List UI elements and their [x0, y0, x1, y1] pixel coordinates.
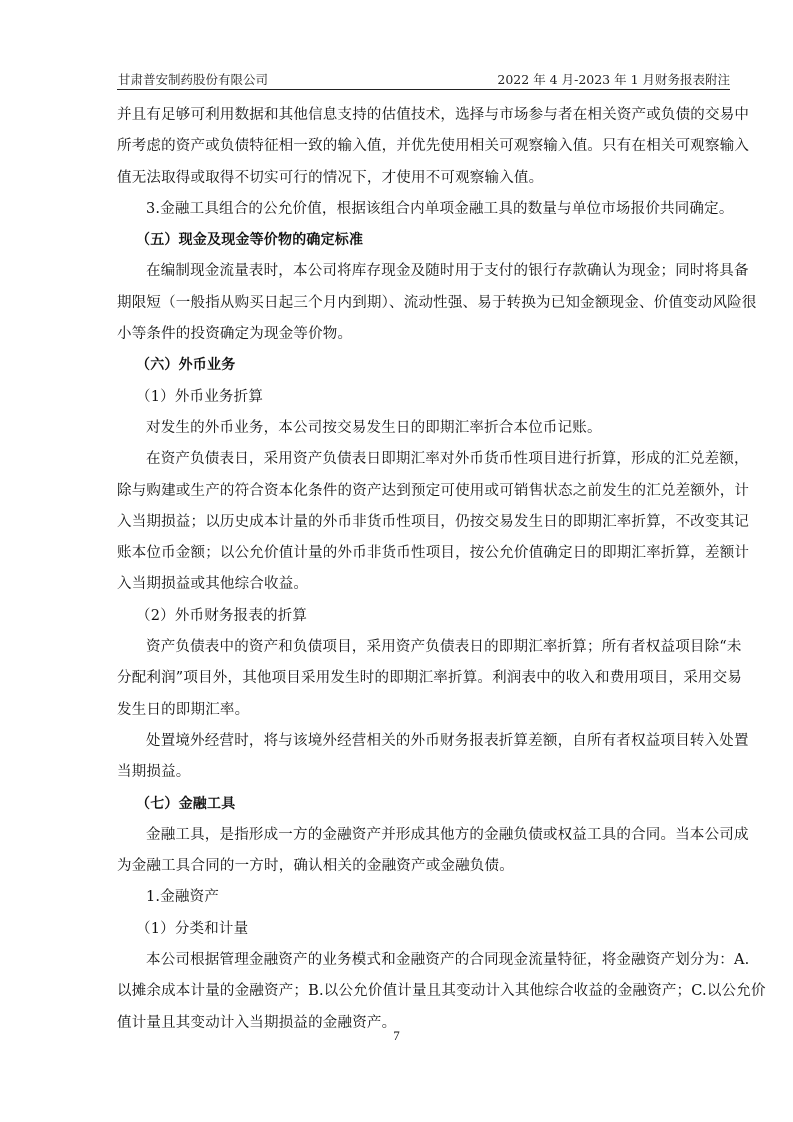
header-company-name: 甘肃普安制药股份有限公司	[118, 70, 268, 88]
subsection-heading: （1）外币业务折算	[117, 382, 733, 413]
text-line: 入当期损益；以历史成本计量的外币非货币性项目，仍按交易发生日的即期汇率折算，不改…	[117, 507, 733, 538]
section-heading-financial-instruments: （七）金融工具	[117, 789, 733, 820]
paragraph-start: 3.金融工具组合的公允价值，根据该组合内单项金融工具的数量与单位市场报价共同确定…	[117, 194, 733, 225]
text-line: 除与购建或生产的符合资本化条件的资产达到预定可使用或可销售状态之前发生的汇兑差额…	[117, 476, 733, 507]
text-line: 分配利润”项目外，其他项目采用发生时的即期汇率折算。利润表中的收入和费用项目，采…	[117, 663, 733, 694]
subsection-heading: （1）分类和计量	[117, 914, 733, 945]
paragraph-start: 对发生的外币业务，本公司按交易发生日的即期汇率折合本位币记账。	[117, 413, 733, 444]
header-report-title: 2022 年 4 月-2023 年 1 月财务报表附注	[497, 70, 730, 88]
numbered-heading: 1.金融资产	[117, 882, 733, 913]
text-line: 期限短（一般指从购买日起三个月内到期）、流动性强、易于转换为已知金额现金、价值变…	[117, 288, 733, 319]
text-line: 小等条件的投资确定为现金等价物。	[117, 319, 733, 350]
section-heading-foreign-currency: （六）外币业务	[117, 350, 733, 381]
text-line: 所考虑的资产或负债特征相一致的输入值，并优先使用相关可观察输入值。只有在相关可观…	[117, 131, 733, 162]
text-line: 以摊余成本计量的金融资产；B.以公允价值计量且其变动计入其他综合收益的金融资产；…	[117, 976, 733, 1007]
page-number: 7	[0, 1028, 793, 1044]
paragraph-start: 处置境外经营时，将与该境外经营相关的外币财务报表折算差额，自所有者权益项目转入处…	[117, 726, 733, 757]
paragraph-start: 金融工具，是指形成一方的金融资产并形成其他方的金融负债或权益工具的合同。当本公司…	[117, 820, 733, 851]
subsection-heading: （2）外币财务报表的折算	[117, 601, 733, 632]
paragraph-start: 资产负债表中的资产和负债项目，采用资产负债表日的即期汇率折算；所有者权益项目除“…	[117, 632, 733, 663]
section-heading-cash-equivalents: （五）现金及现金等价物的确定标准	[117, 225, 733, 256]
text-line: 发生日的即期汇率。	[117, 695, 733, 726]
text-line: 并且有足够可利用数据和其他信息支持的估值技术，选择与市场参与者在相关资产或负债的…	[117, 100, 733, 131]
paragraph-start: 本公司根据管理金融资产的业务模式和金融资产的合同现金流量特征，将金融资产划分为：…	[117, 945, 733, 976]
text-line: 账本位币金额；以公允价值计量的外币非货币性项目，按公允价值确定日的即期汇率折算，…	[117, 538, 733, 569]
page-header: 甘肃普安制药股份有限公司 2022 年 4 月-2023 年 1 月财务报表附注	[117, 67, 730, 90]
document-body: 并且有足够可利用数据和其他信息支持的估值技术，选择与市场参与者在相关资产或负债的…	[117, 100, 733, 1039]
paragraph-start: 在编制现金流量表时，本公司将库存现金及随时用于支付的银行存款确认为现金；同时将具…	[117, 256, 733, 287]
text-line: 值无法取得或取得不切实可行的情况下，才使用不可观察输入值。	[117, 163, 733, 194]
text-line: 入当期损益或其他综合收益。	[117, 569, 733, 600]
text-line: 当期损益。	[117, 757, 733, 788]
paragraph-start: 在资产负债表日，采用资产负债表日即期汇率对外币货币性项目进行折算，形成的汇兑差额…	[117, 444, 733, 475]
text-line: 为金融工具合同的一方时，确认相关的金融资产或金融负债。	[117, 851, 733, 882]
